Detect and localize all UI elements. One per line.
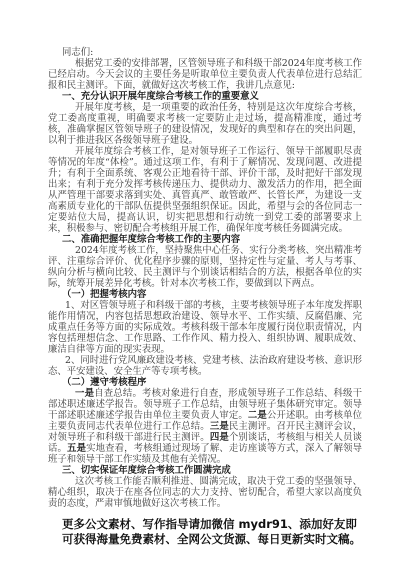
bold-run: 二、准确把握年度综合考核工作的主要内容: [62, 234, 240, 245]
bold-run: 三、切实保证年度综合考核工作圆满完成: [62, 465, 231, 476]
document-body: 同志们: 根据党工委的安排部署，区管领导班子和科级干部2024年度考核工作已经启…: [48, 47, 362, 547]
section-heading: 二、准确把握年度综合考核工作的主要内容: [48, 234, 362, 245]
paragraph: 开展年度综合考核工作，是对领导班子工作运行、领导干部履职尽责等情况的年度“体检”…: [48, 146, 362, 234]
bold-run: 一、充分认识开展年度综合考核工作的重要意义: [62, 91, 259, 102]
text-run: 2、同时进行党风廉政建设考核、党建考核、法治政府建设考核、意识形态、平安建设、安…: [48, 355, 362, 377]
bold-run: 四是: [210, 432, 229, 443]
paragraph: 2024年度考核工作，坚持聚焦中心任务、实行分类考核、突出精准考评、注重综合评价…: [48, 245, 362, 289]
bold-run: 三是: [210, 421, 229, 432]
numbered-paragraph: 1、对区管领导班子和科级干部的考核，主要考核领导班子本年度发挥职能作用情况，内容…: [48, 300, 362, 355]
text-run: 开展年度考核，是一项重要的政治任务，特别是这次年度综合考核，党工委高度重视，明确…: [48, 102, 362, 146]
text-run: 开展年度综合考核工作，是对领导班子工作运行、领导干部履职尽责等情况的年度“体检”…: [48, 146, 362, 234]
text-run: 根据党工委的安排部署，区管领导班子和科级干部2024年度考核工作已经启动。今天会…: [48, 58, 362, 91]
section-heading: 三、切实保证年度综合考核工作圆满完成: [48, 465, 362, 476]
bold-run: （一）把握考核内容: [62, 289, 146, 300]
text-run: 实地查看，考核组通过现场了解、走访座谈等方式，深入了解领导班子和领导干部工作实绩…: [48, 443, 362, 465]
bold-run: 五是: [67, 443, 86, 454]
text-run: 这次考核工作能否顺利推进、圆满完成，取决于党工委的坚强领导、精心组织，取决于在座…: [48, 476, 362, 509]
bold-run: （二）遵守考核程序: [62, 377, 146, 388]
text-run: 2024年度考核工作，坚持聚焦中心任务、实行分类考核、突出精准考评、注重综合评价…: [48, 245, 362, 289]
paragraph: 一是自查总结。考核对象进行自查，形成领导班子工作总结、科级干部述职述廉述学报告。…: [48, 388, 362, 465]
numbered-paragraph: 2、同时进行党风廉政建设考核、党建考核、法治政府建设考核、意识形态、平安建设、安…: [48, 355, 362, 377]
paragraph: 根据党工委的安排部署，区管领导班子和科级干部2024年度考核工作已经启动。今天会…: [48, 58, 362, 91]
document-page: 同志们: 根据党工委的安排部署，区管领导班子和科级干部2024年度考核工作已经启…: [0, 0, 410, 580]
paragraph: 开展年度考核，是一项重要的政治任务，特别是这次年度综合考核，党工委高度重视，明确…: [48, 102, 362, 146]
bold-run: 二是: [248, 410, 267, 421]
bold-run: 一是: [75, 388, 94, 399]
greeting-line: 同志们:: [48, 47, 362, 58]
sub-heading: （二）遵守考核程序: [48, 377, 362, 388]
sub-heading: （一）把握考核内容: [48, 289, 362, 300]
text-run: 1、对区管领导班子和科级干部的考核，主要考核领导班子本年度发挥职能作用情况，内容…: [48, 300, 362, 355]
document-text: 根据党工委的安排部署，区管领导班子和科级干部2024年度考核工作已经启动。今天会…: [48, 58, 362, 509]
footer-promo-text: 更多公文素材、写作指导请加微信 mydr91、添加好友即可获得海量免费素材、全网…: [62, 517, 362, 547]
section-heading: 一、充分认识开展年度综合考核工作的重要意义: [48, 91, 362, 102]
paragraph: 这次考核工作能否顺利推进、圆满完成，取决于党工委的坚强领导、精心组织，取决于在座…: [48, 476, 362, 509]
